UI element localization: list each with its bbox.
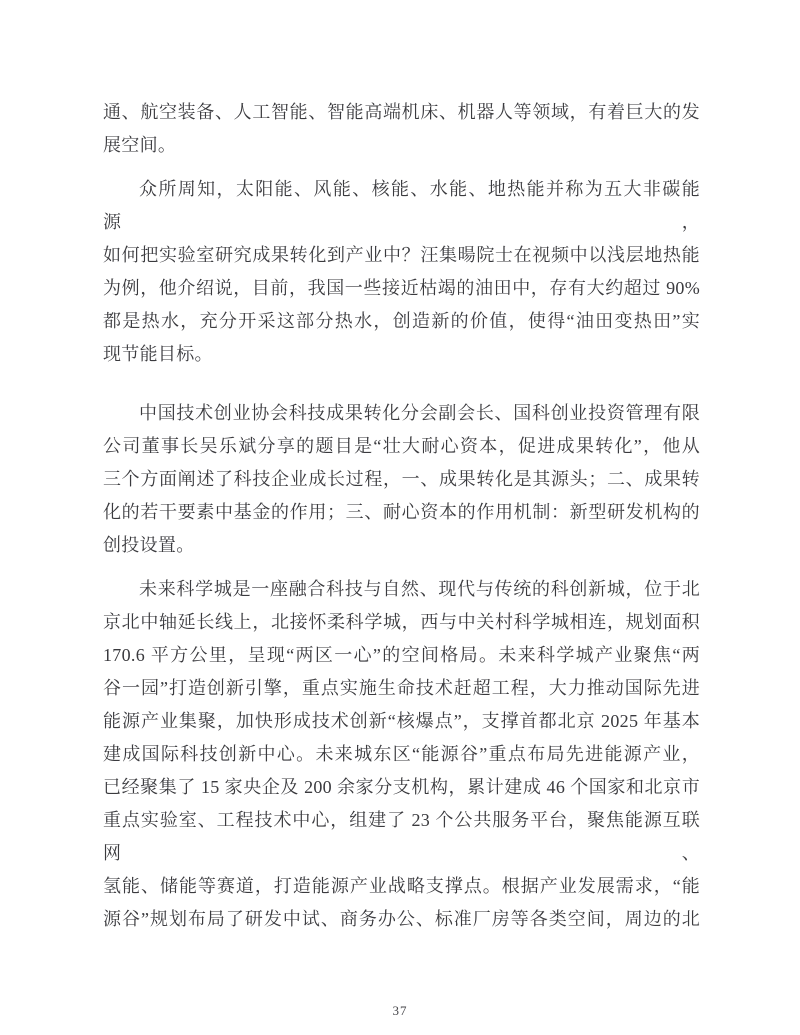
text-line: 现节能目标。 bbox=[103, 338, 700, 371]
text-line: 已经聚集了 15 家央企及 200 余家分支机构，累计建成 46 个国家和北京市 bbox=[103, 771, 700, 804]
text-block: 通、航空装备、人工智能、智能高端机床、机器人等领域，有着巨大的发展空间。众所周知… bbox=[103, 96, 700, 936]
text-line: 通、航空装备、人工智能、智能高端机床、机器人等领域，有着巨大的发 bbox=[103, 96, 700, 129]
text-line: 京北中轴延长线上，北接怀柔科学城，西与中关村科学城相连，规划面积 bbox=[103, 606, 700, 639]
text-line: 源谷”规划布局了研发中试、商务办公、标准厂房等各类空间，周边的北 bbox=[103, 903, 700, 936]
text-line: 展空间。 bbox=[103, 129, 700, 162]
text-line: 重点实验室、工程技术中心，组建了 23 个公共服务平台，聚焦能源互联网、 bbox=[103, 804, 700, 870]
document-page: 通、航空装备、人工智能、智能高端机床、机器人等领域，有着巨大的发展空间。众所周知… bbox=[0, 0, 800, 1035]
text-line: 都是热水，充分开采这部分热水，创造新的价值，使得“油田变热田”实 bbox=[103, 305, 700, 338]
text-line: 未来科学城是一座融合科技与自然、现代与传统的科创新城，位于北 bbox=[103, 573, 700, 606]
page-number: 37 bbox=[0, 1003, 800, 1019]
text-line: 创投设置。 bbox=[103, 529, 700, 562]
text-line: 建成国际科技创新中心。未来城东区“能源谷”重点布局先进能源产业， bbox=[103, 738, 700, 771]
paragraph: 众所周知，太阳能、风能、核能、水能、地热能并称为五大非碳能源，如何把实验室研究成… bbox=[103, 173, 700, 371]
paragraph: 中国技术创业协会科技成果转化分会副会长、国科创业投资管理有限公司董事长吴乐斌分享… bbox=[103, 397, 700, 562]
text-line: 中国技术创业协会科技成果转化分会副会长、国科创业投资管理有限 bbox=[103, 397, 700, 430]
text-line: 为例，他介绍说，目前，我国一些接近枯竭的油田中，存有大约超过 90% bbox=[103, 272, 700, 305]
text-line: 170.6 平方公里，呈现“两区一心”的空间格局。未来科学城产业聚焦“两 bbox=[103, 639, 700, 672]
text-line: 三个方面阐述了科技企业成长过程，一、成果转化是其源头；二、成果转 bbox=[103, 463, 700, 496]
paragraph: 通、航空装备、人工智能、智能高端机床、机器人等领域，有着巨大的发展空间。 bbox=[103, 96, 700, 162]
text-line: 众所周知，太阳能、风能、核能、水能、地热能并称为五大非碳能源， bbox=[103, 173, 700, 239]
paragraph: 未来科学城是一座融合科技与自然、现代与传统的科创新城，位于北京北中轴延长线上，北… bbox=[103, 573, 700, 936]
text-line: 能源产业集聚，加快形成技术创新“核爆点”，支撑首都北京 2025 年基本 bbox=[103, 705, 700, 738]
text-line: 化的若干要素中基金的作用；三、耐心资本的作用机制：新型研发机构的 bbox=[103, 496, 700, 529]
text-line: 氢能、储能等赛道，打造能源产业战略支撑点。根据产业发展需求，“能 bbox=[103, 870, 700, 903]
text-line: 公司董事长吴乐斌分享的题目是“壮大耐心资本，促进成果转化”，他从 bbox=[103, 430, 700, 463]
text-line: 如何把实验室研究成果转化到产业中？汪集暘院士在视频中以浅层地热能 bbox=[103, 239, 700, 272]
text-line: 谷一园”打造创新引擎，重点实施生命技术赶超工程，大力推动国际先进 bbox=[103, 672, 700, 705]
